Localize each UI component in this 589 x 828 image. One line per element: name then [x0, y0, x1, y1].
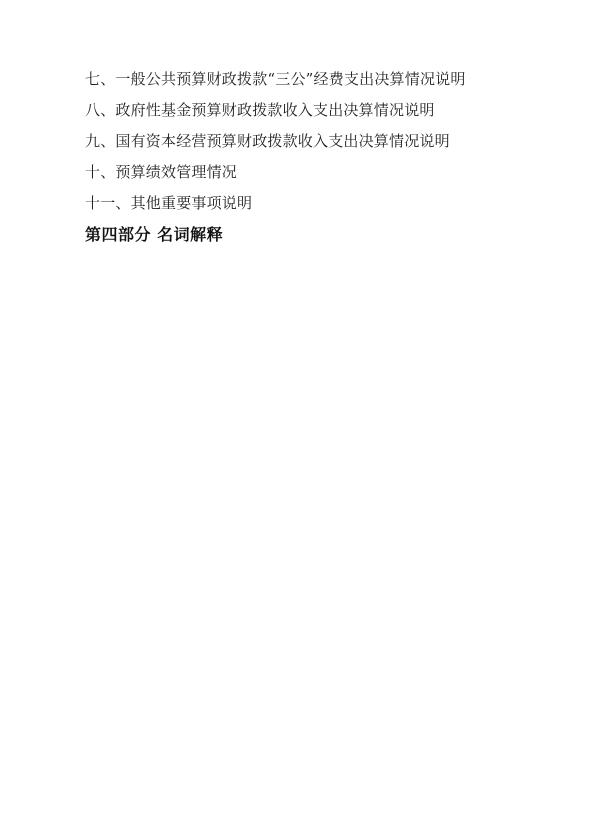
toc-item-7: 七、一般公共预算财政拨款“三公”经费支出决算情况说明: [85, 64, 549, 95]
document-page: 七、一般公共预算财政拨款“三公”经费支出决算情况说明 八、政府性基金预算财政拨款…: [0, 0, 589, 828]
toc-item-8: 八、政府性基金预算财政拨款收入支出决算情况说明: [85, 95, 549, 126]
toc-item-11: 十一、其他重要事项说明: [85, 188, 549, 219]
section-heading-part-four: 第四部分 名词解释: [85, 219, 549, 250]
table-of-contents: 七、一般公共预算财政拨款“三公”经费支出决算情况说明 八、政府性基金预算财政拨款…: [85, 64, 549, 250]
toc-item-9: 九、国有资本经营预算财政拨款收入支出决算情况说明: [85, 126, 549, 157]
toc-item-10: 十、预算绩效管理情况: [85, 157, 549, 188]
